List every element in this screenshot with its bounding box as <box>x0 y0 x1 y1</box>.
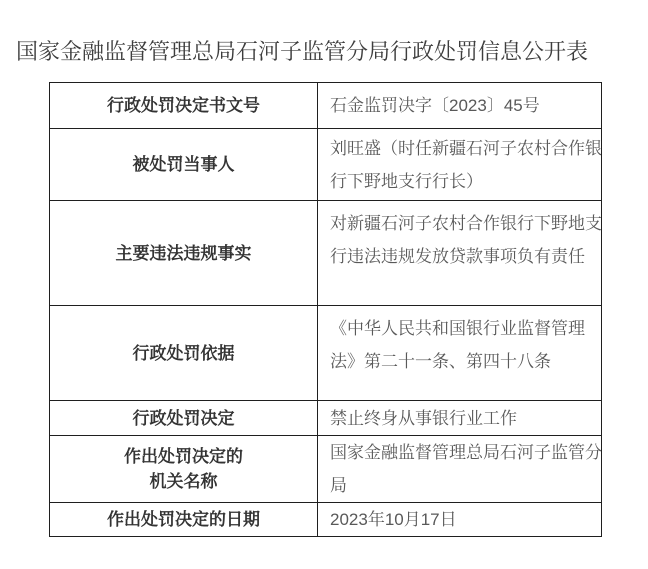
row-value-cell: 2023年10月17日 <box>318 503 602 537</box>
table-row-decision-date: 作出处罚决定的日期 2023年10月17日 <box>50 503 602 537</box>
penalty-table: 行政处罚决定书文号 石金监罚决字〔2023〕45号 被处罚当事人 刘旺盛（时任新… <box>49 82 602 537</box>
table-row-violation-facts: 主要违法违规事实 对新疆石河子农村合作银行下野地支 行违法违规发放贷款事项负有责… <box>50 201 602 306</box>
row-label-cell: 被处罚当事人 <box>50 129 318 201</box>
table-row-penalized-party: 被处罚当事人 刘旺盛（时任新疆石河子农村合作银 行下野地支行行长） <box>50 129 602 201</box>
row-value-cell: 《中华人民共和国银行业监督管理 法》第二十一条、第四十八条 <box>318 306 602 401</box>
table-row-penalty-decision: 行政处罚决定 禁止终身从事银行业工作 <box>50 401 602 436</box>
row-label-cell: 行政处罚决定 <box>50 401 318 436</box>
row-label-cell: 行政处罚依据 <box>50 306 318 401</box>
row-label-cell: 作出处罚决定的 机关名称 <box>50 436 318 503</box>
penalty-disclosure-page: 国家金融监督管理总局石河子监管分局行政处罚信息公开表 行政处罚决定书文号 石金监… <box>0 0 648 569</box>
row-value-cell: 石金监罚决字〔2023〕45号 <box>318 83 602 129</box>
row-label-cell: 作出处罚决定的日期 <box>50 503 318 537</box>
row-label-cell: 行政处罚决定书文号 <box>50 83 318 129</box>
row-value-cell: 禁止终身从事银行业工作 <box>318 401 602 436</box>
row-value-cell: 刘旺盛（时任新疆石河子农村合作银 行下野地支行行长） <box>318 129 602 201</box>
row-label-cell: 主要违法违规事实 <box>50 201 318 306</box>
table-row-penalty-basis: 行政处罚依据 《中华人民共和国银行业监督管理 法》第二十一条、第四十八条 <box>50 306 602 401</box>
row-value-cell: 对新疆石河子农村合作银行下野地支 行违法违规发放贷款事项负有责任 <box>318 201 602 306</box>
table-row-deciding-authority: 作出处罚决定的 机关名称 国家金融监督管理总局石河子监管分 局 <box>50 436 602 503</box>
page-title: 国家金融监督管理总局石河子监管分局行政处罚信息公开表 <box>16 35 588 66</box>
table-row-document-number: 行政处罚决定书文号 石金监罚决字〔2023〕45号 <box>50 83 602 129</box>
row-value-cell: 国家金融监督管理总局石河子监管分 局 <box>318 436 602 503</box>
